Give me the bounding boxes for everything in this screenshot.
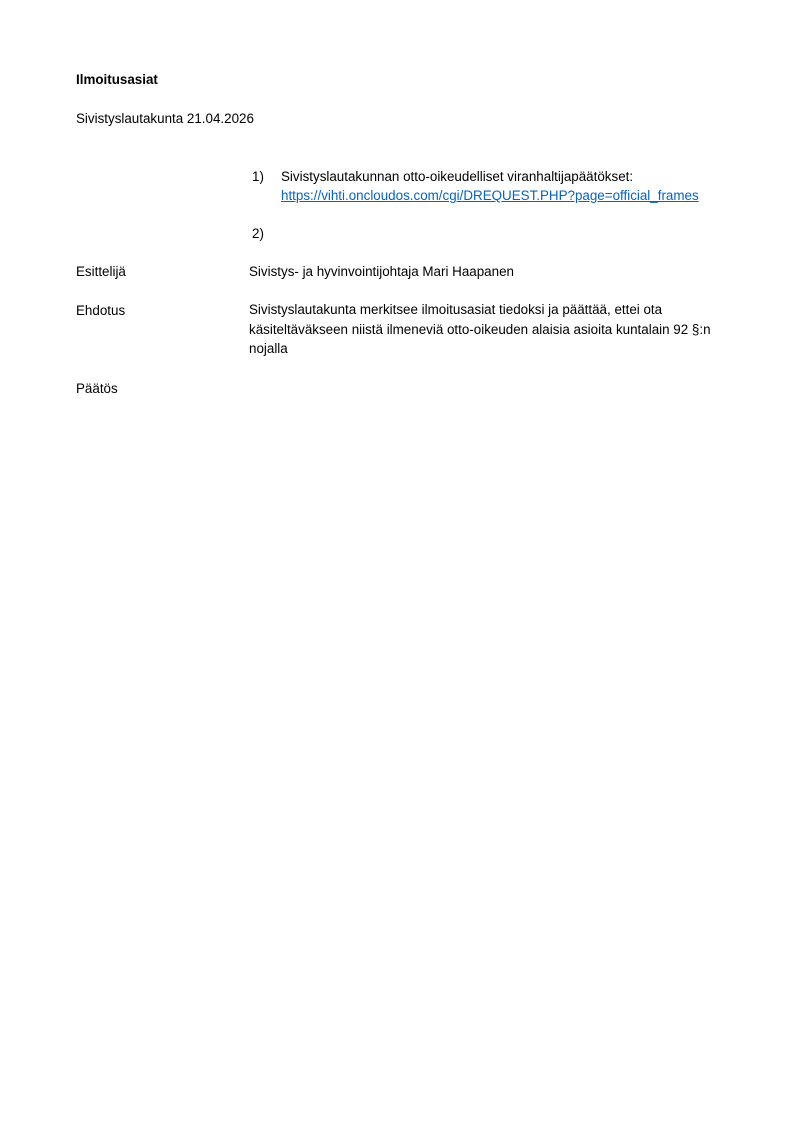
item-text-1: Sivistyslautakunnan otto-oikeudelliset v… (281, 167, 633, 186)
decision-label: Päätös (76, 379, 118, 398)
decisions-link[interactable]: https://vihti.oncloudos.com/cgi/DREQUEST… (281, 186, 699, 205)
item-number-1: 1) (252, 167, 264, 186)
meeting-info: Sivistyslautakunta 21.04.2026 (76, 109, 254, 128)
proposal-text: Sivistyslautakunta merkitsee ilmoitusasi… (249, 300, 749, 359)
presenter-value: Sivistys- ja hyvinvointijohtaja Mari Haa… (249, 262, 514, 281)
presenter-label: Esittelijä (76, 262, 126, 281)
item-number-2: 2) (252, 224, 264, 243)
document-title: Ilmoitusasiat (76, 70, 158, 89)
proposal-label: Ehdotus (76, 301, 125, 320)
